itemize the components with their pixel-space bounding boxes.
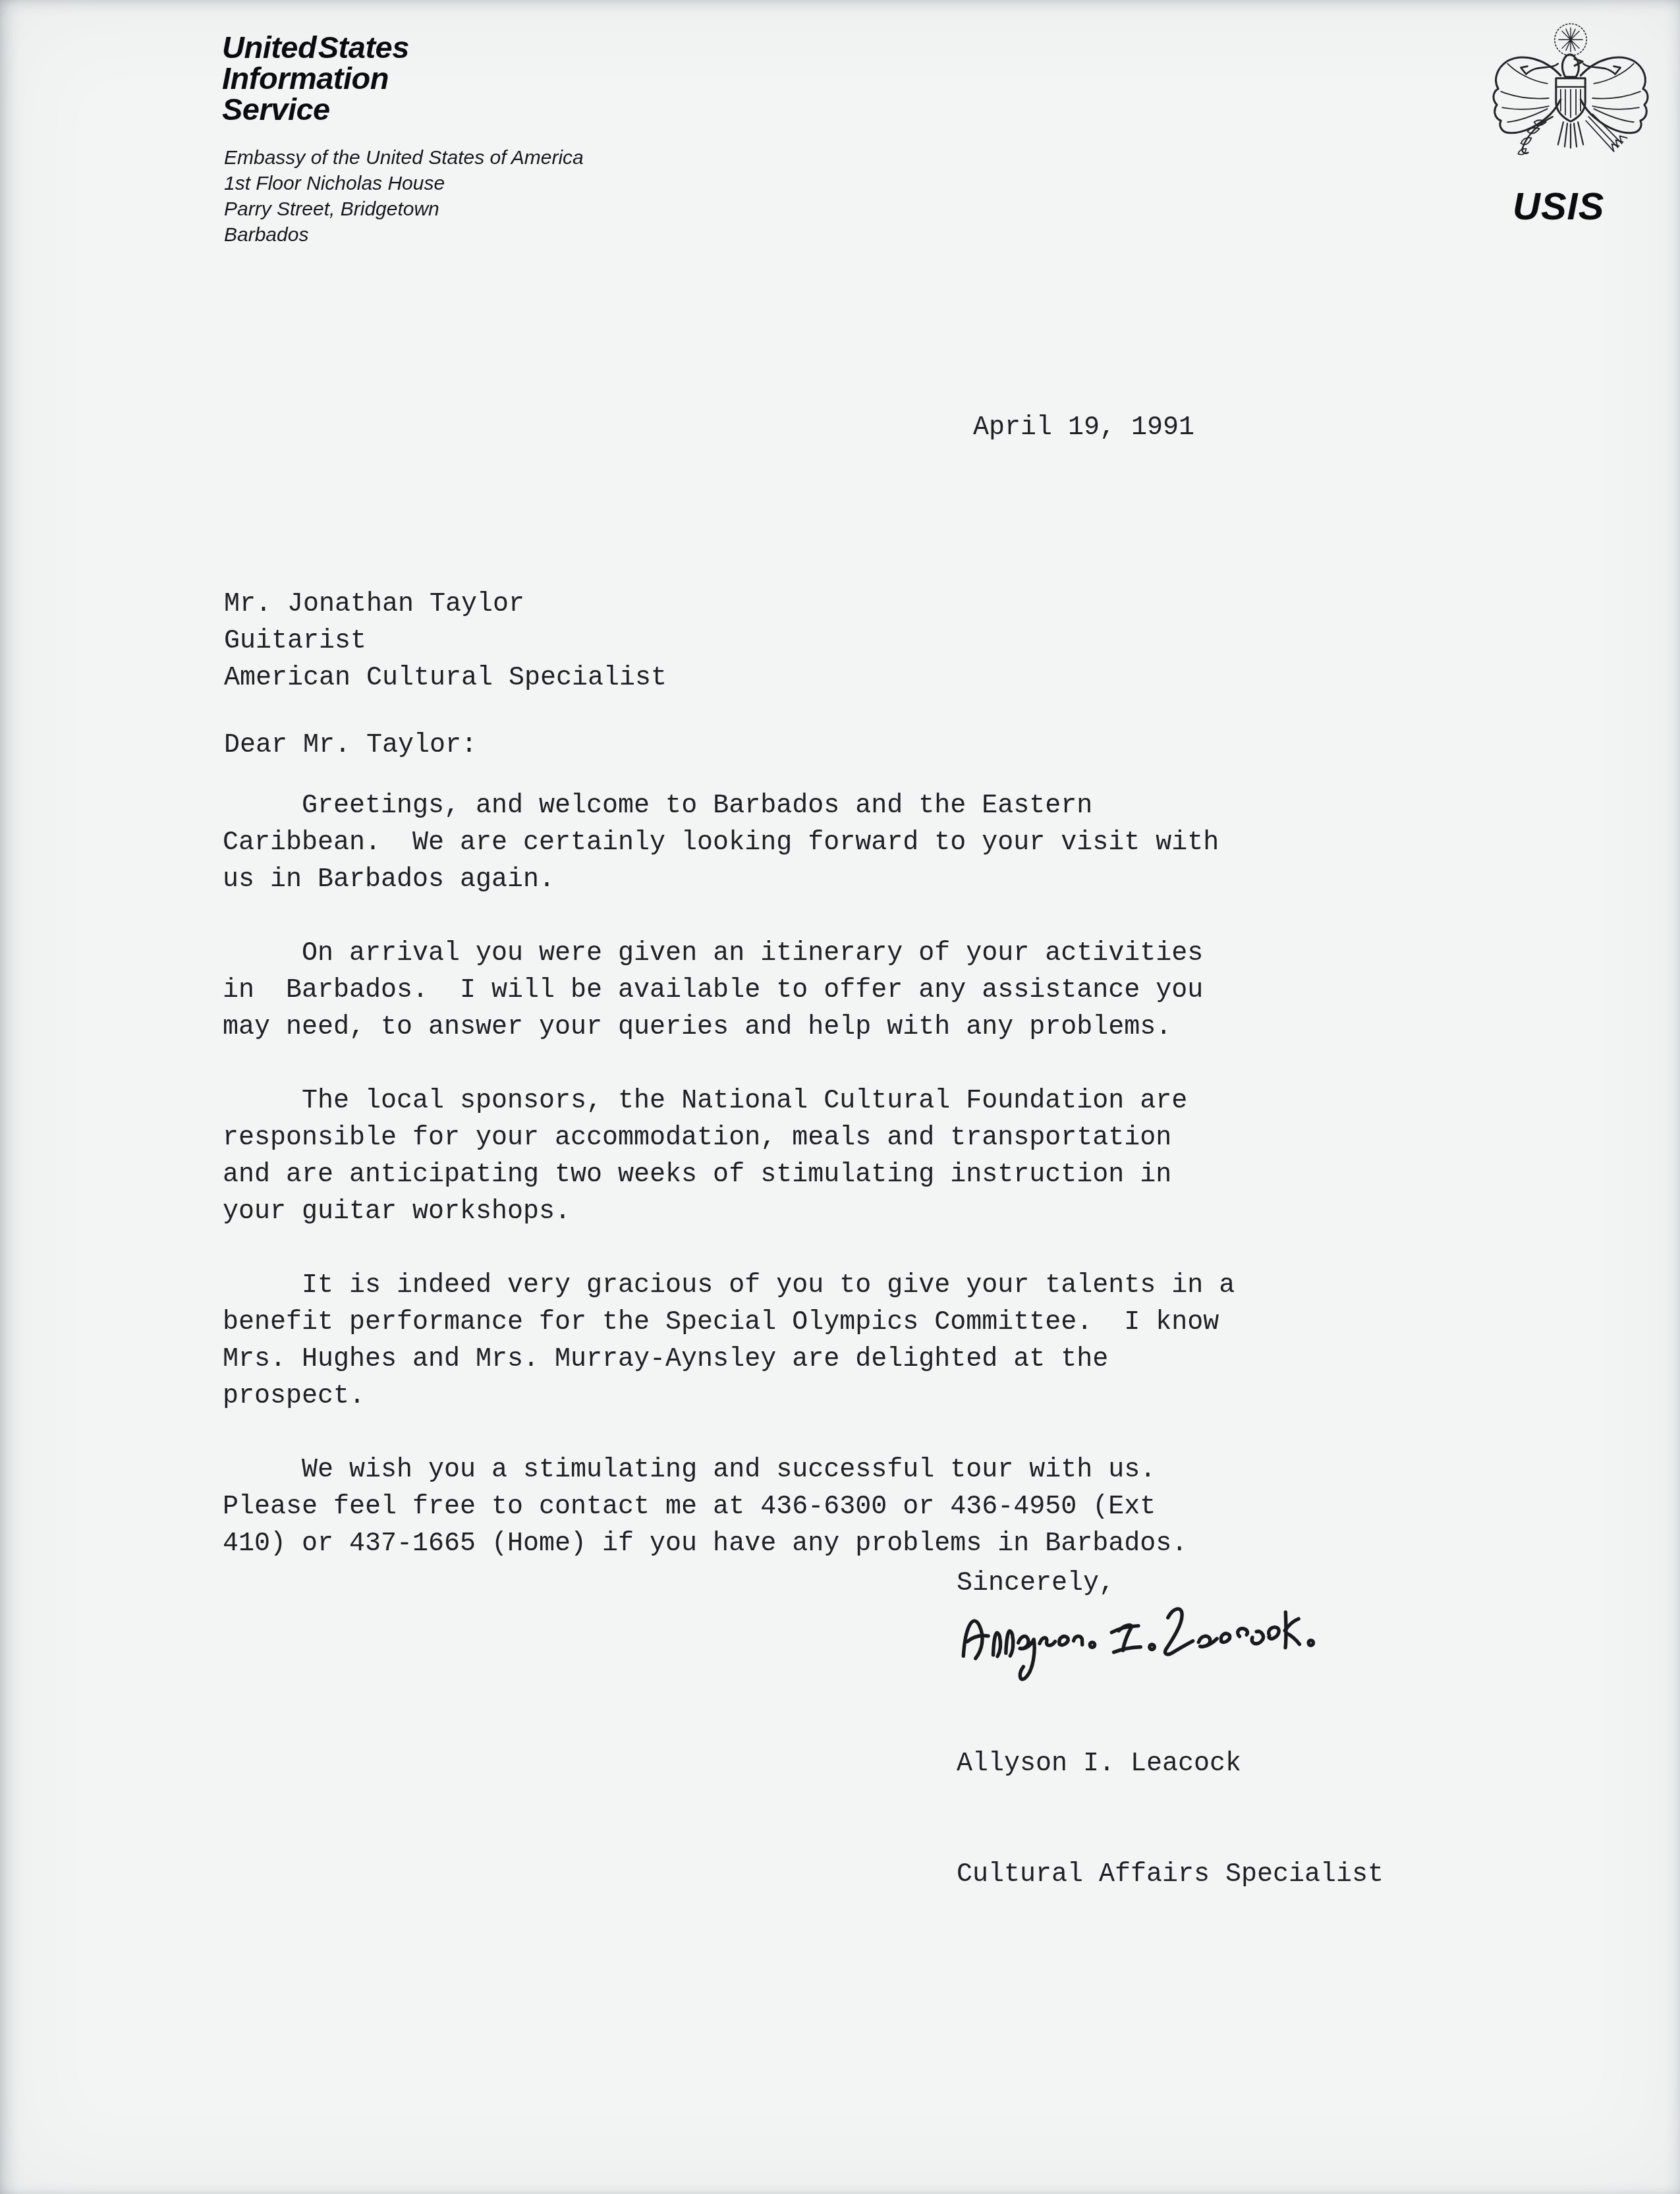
signer-block: Allyson I. Leacock Cultural Affairs Spec… xyxy=(957,1672,1384,1967)
body-paragraph: We wish you a stimulating and successful… xyxy=(223,1452,1409,1563)
body-paragraph: On arrival you were given an itinerary o… xyxy=(223,936,1409,1046)
handwritten-signature xyxy=(947,1589,1395,1681)
letter-body: Greetings, and welcome to Barbados and t… xyxy=(223,788,1409,1600)
recipient-block: Mr. Jonathan Taylor Guitarist American C… xyxy=(224,586,667,697)
signer-name: Allyson I. Leacock xyxy=(957,1746,1384,1783)
scanned-letter-page: United States Information Service Embass… xyxy=(0,0,1680,2194)
body-paragraph: The local sponsors, the National Cultura… xyxy=(223,1083,1409,1231)
usis-acronym: USIS xyxy=(1513,184,1604,229)
org-name-line: Service xyxy=(222,94,409,125)
body-paragraph: Greetings, and welcome to Barbados and t… xyxy=(223,788,1409,899)
letterhead-org-name: United States Information Service xyxy=(222,32,409,125)
org-name-line: United States xyxy=(222,32,409,63)
org-name-line: Information xyxy=(222,63,409,94)
letterhead-address: Embassy of the United States of America … xyxy=(224,145,584,248)
letter-date: April 19, 1991 xyxy=(973,410,1194,447)
body-paragraph: It is indeed very gracious of you to giv… xyxy=(223,1268,1409,1415)
signer-title: Cultural Affairs Specialist xyxy=(957,1857,1384,1894)
us-great-seal-eagle-icon xyxy=(1488,17,1654,183)
salutation: Dear Mr. Taylor: xyxy=(224,727,477,764)
